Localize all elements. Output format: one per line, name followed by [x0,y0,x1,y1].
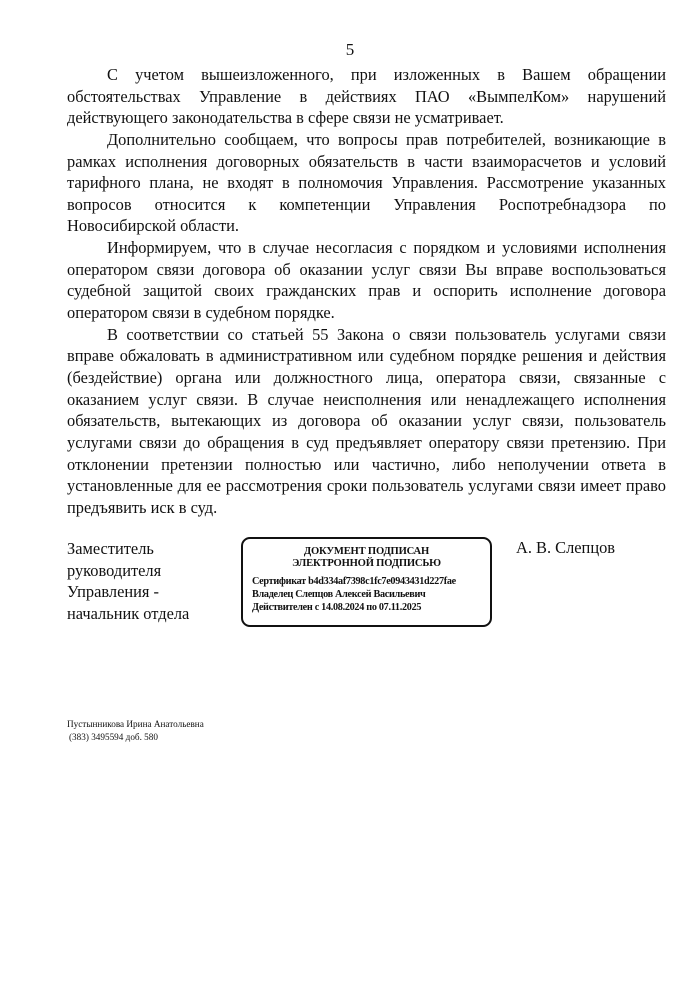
signatory-position: Заместитель руководителя Управления - на… [67,538,189,624]
text-line: оказанием услуг связи. В случае неисполн… [67,389,666,411]
text-line: Информируем, что в случае несогласия с п… [67,237,666,259]
page-number: 5 [0,40,700,60]
executor-footer: Пустынникова Ирина Анатольевна (383) 349… [67,718,204,743]
text-line: обязательств, вытекающих из договора об … [67,410,666,432]
stamp-validity: Действителен с 14.08.2024 по 07.11.2025 [252,601,490,614]
position-line: начальник отдела [67,603,189,625]
executor-name: Пустынникова Ирина Анатольевна [67,718,204,731]
text-line: оператором связи в судебном порядке. [67,302,666,324]
text-line: вправе обжаловать в административном или… [67,345,666,367]
stamp-owner: Владелец Слепцов Алексей Васильевич [252,588,490,601]
signatory-name: А. В. Слепцов [516,538,615,558]
position-line: Заместитель [67,538,189,560]
paragraph-conclusion: С учетом вышеизложенного, при изложенных… [67,64,666,129]
text-line: оператором связи договора об оказании ус… [67,259,666,281]
electronic-signature-stamp: ДОКУМЕНТ ПОДПИСАН ЭЛЕКТРОННОЙ ПОДПИСЬЮ С… [241,537,492,627]
text-line: действующего законодательства в сфере св… [67,107,666,129]
text-line: В соответствии со статьей 55 Закона о св… [67,324,666,346]
paragraph-consumer-rights: Дополнительно сообщаем, что вопросы прав… [67,129,666,237]
stamp-heading: ДОКУМЕНТ ПОДПИСАН ЭЛЕКТРОННОЙ ПОДПИСЬЮ [243,546,490,570]
position-line: Управления - [67,581,189,603]
text-line: тарифного плана, не входят в полномочия … [67,172,666,194]
text-line: услугами связи до обращения в суд предъя… [67,432,666,454]
stamp-heading-line: ДОКУМЕНТ ПОДПИСАН [243,546,490,558]
stamp-details: Сертификат b4d334af7398c1fc7e0943431d227… [252,575,490,614]
paragraph-article-55: В соответствии со статьей 55 Закона о св… [67,324,666,519]
stamp-certificate: Сертификат b4d334af7398c1fc7e0943431d227… [252,575,490,588]
stamp-heading-line: ЭЛЕКТРОННОЙ ПОДПИСЬЮ [243,558,490,570]
text-line: рамках исполнения договорных обязательст… [67,151,666,173]
position-line: руководителя [67,560,189,582]
text-line: (бездействие) органа или должностного ли… [67,367,666,389]
executor-phone: (383) 3495594 доб. 580 [67,731,204,744]
text-line: С учетом вышеизложенного, при изложенных… [67,64,666,86]
text-line: судебной защитой своих гражданских прав … [67,280,666,302]
text-line: отклонении претензии полностью или части… [67,454,666,476]
text-line: Новосибирской области. [67,215,666,237]
letter-body: С учетом вышеизложенного, при изложенных… [67,64,666,518]
text-line: установленные для ее рассмотрения сроки … [67,475,666,497]
paragraph-court-protection: Информируем, что в случае несогласия с п… [67,237,666,324]
text-line: вопросов относится к компетенции Управле… [67,194,666,216]
text-line: Дополнительно сообщаем, что вопросы прав… [67,129,666,151]
text-line: обстоятельствах Управление в действиях П… [67,86,666,108]
text-line: предъявить иск в суд. [67,497,666,519]
